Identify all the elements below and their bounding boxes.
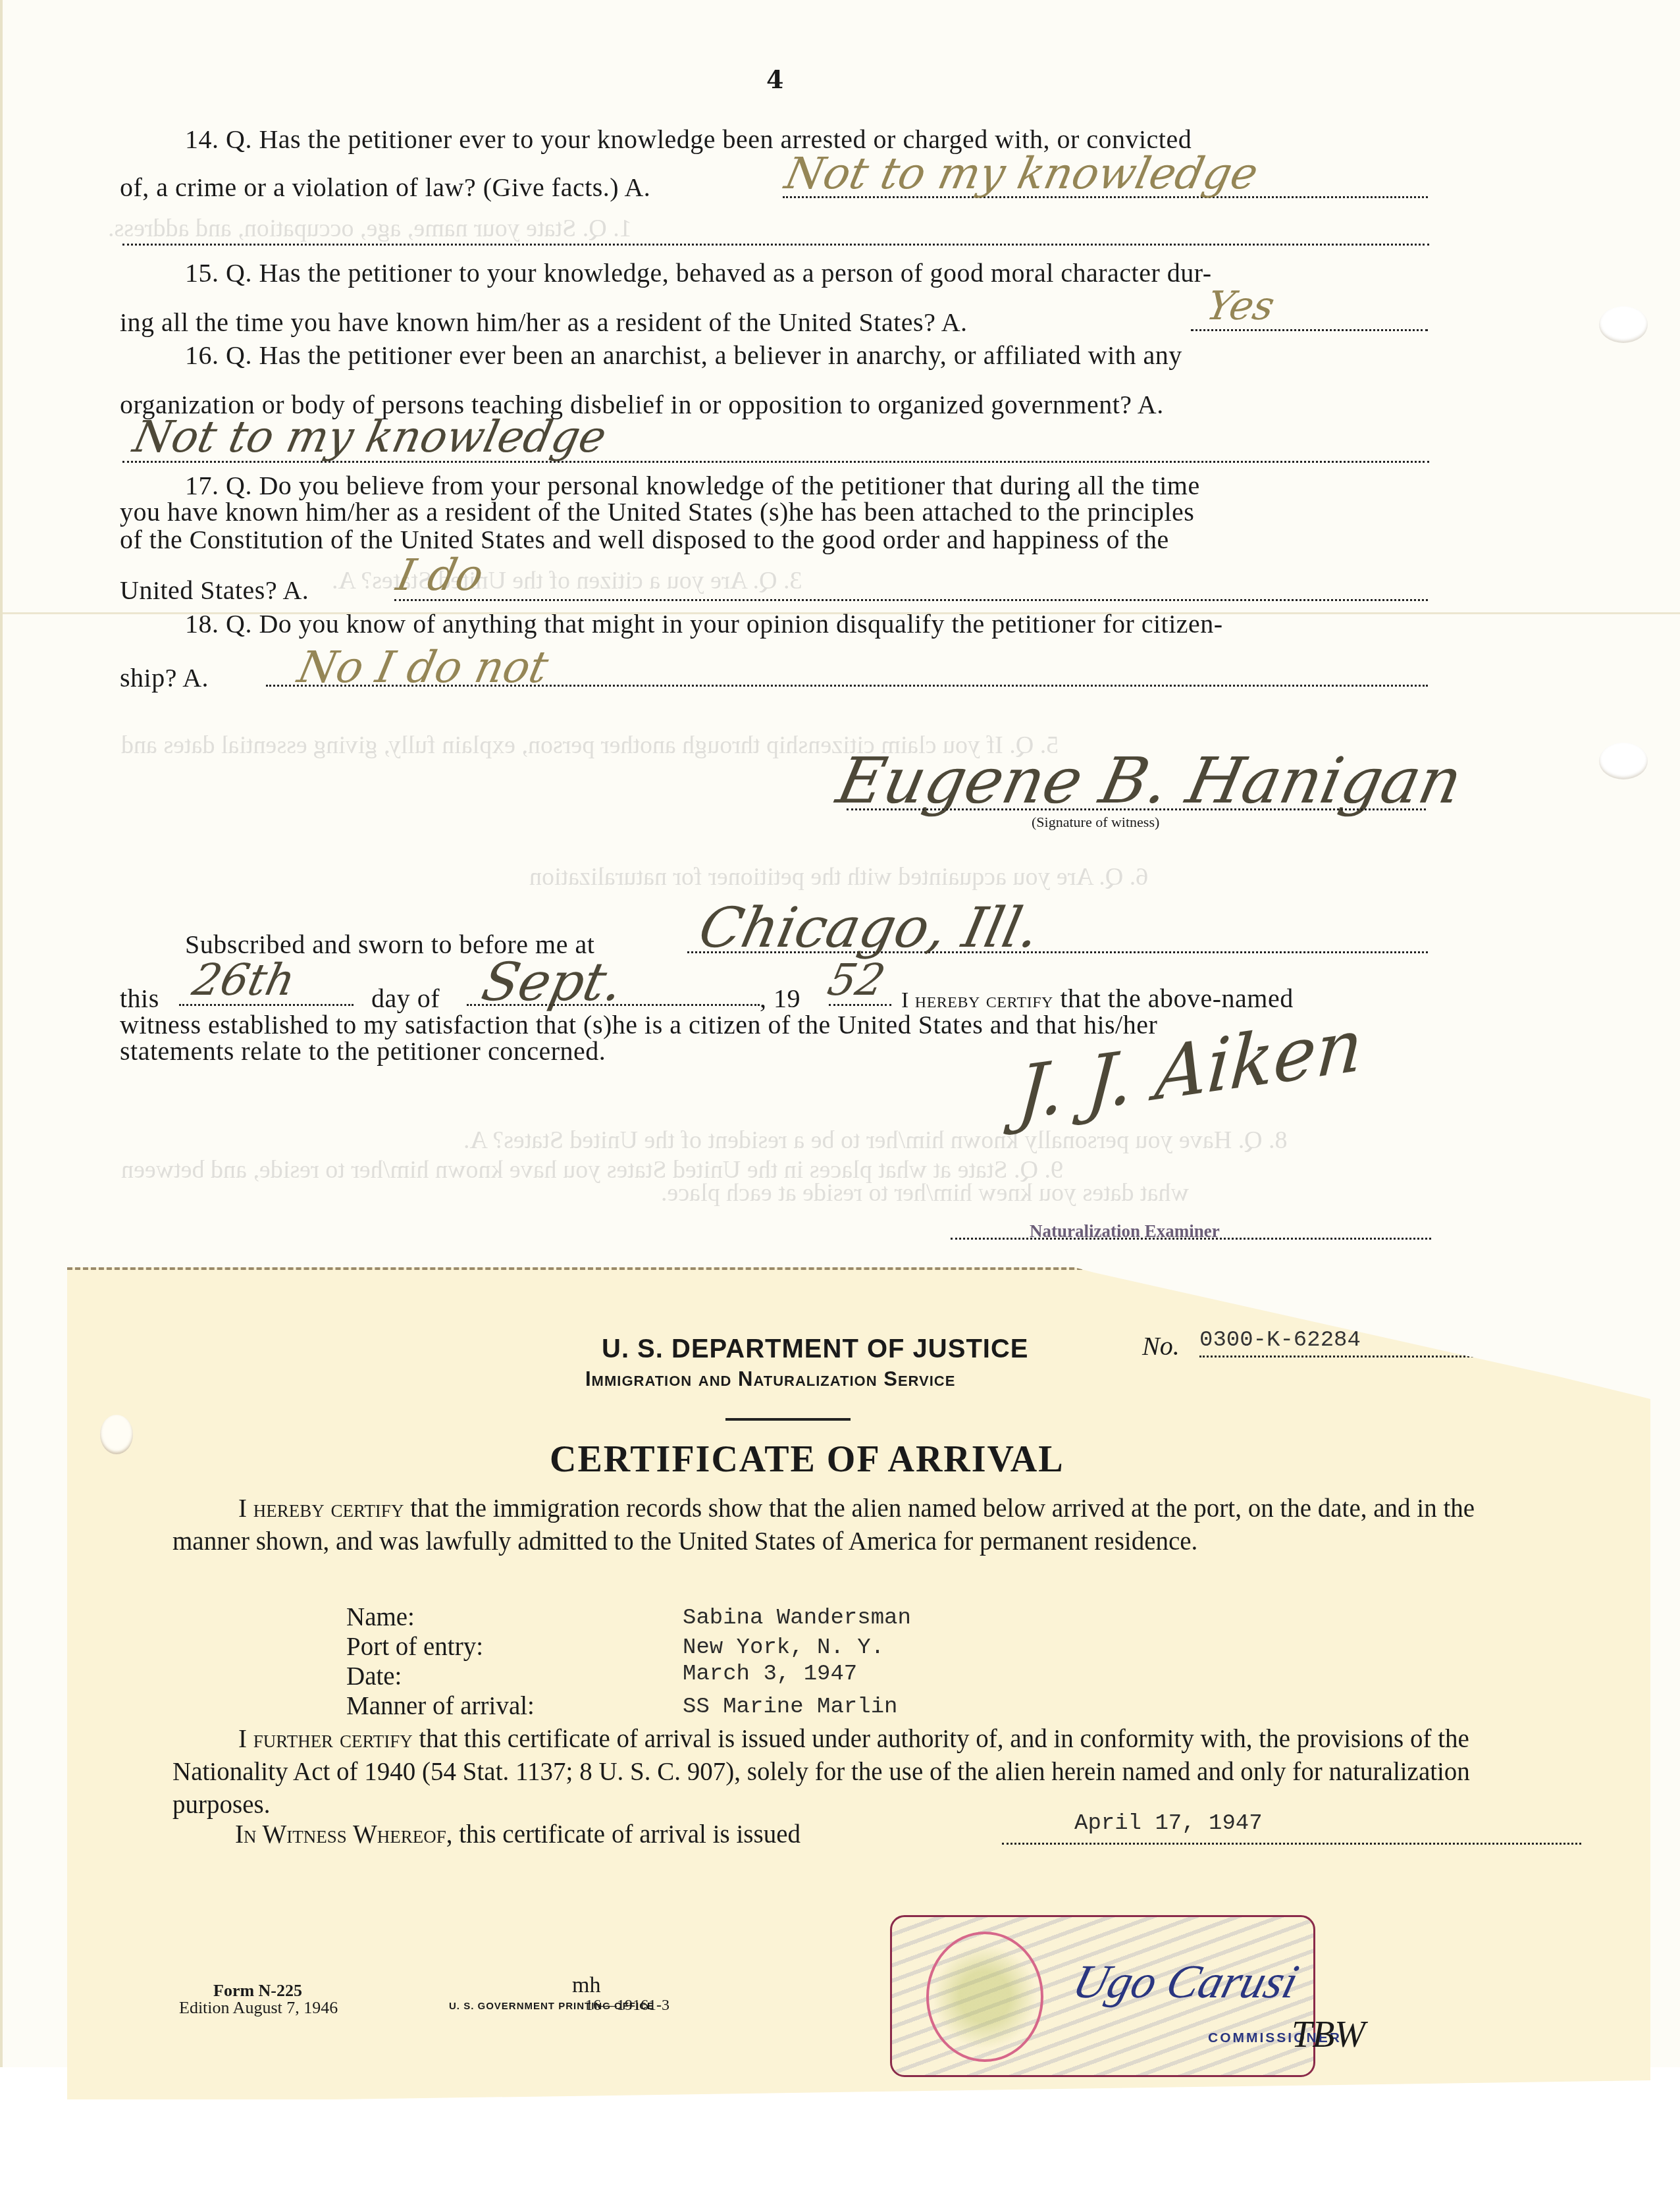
certificate-of-arrival: U. S. DEPARTMENT OF JUSTICE Immigration … <box>67 1267 1650 2099</box>
punch-hole <box>100 1415 133 1454</box>
q17-answer: I do <box>392 550 488 600</box>
q17-line-4: United States? A. <box>120 577 309 604</box>
q15-line-2: ing all the time you have known him/her … <box>120 309 968 336</box>
q17-line-3: of the Constitution of the United States… <box>120 527 1169 553</box>
q16-line-1: 16. Q. Has the petitioner ever been an a… <box>185 342 1182 369</box>
witness-text: this certificate of arrival is issued <box>459 1820 801 1849</box>
field-label-port: Port of entry: <box>346 1632 483 1662</box>
oath-day-of-text: day of <box>371 986 440 1012</box>
header-rule <box>725 1418 851 1421</box>
bleed-through-text: 6. Q. Are you acquainted with the petiti… <box>529 862 1148 891</box>
certificate-title: CERTIFICATE OF ARRIVAL <box>550 1438 1064 1481</box>
certificate-number-label: No. <box>1142 1331 1180 1361</box>
issued-date-line <box>1002 1843 1581 1845</box>
oath-month: Sept. <box>477 951 629 1013</box>
witness-signature-line <box>847 808 1426 810</box>
clerk-initials: mh <box>572 1973 600 1998</box>
witness-signature-caption: (Signature of witness) <box>1032 814 1159 831</box>
q17-answer-line <box>394 599 1428 601</box>
q15-answer: Yes <box>1203 283 1279 329</box>
certify-smallcaps: I hereby certify <box>238 1494 404 1523</box>
witness-smallcaps: In Witness Whereof, <box>235 1820 452 1849</box>
field-value-port: New York, N. Y. <box>683 1635 884 1660</box>
certify-paragraph: I hereby certify that the immigration re… <box>172 1492 1522 1558</box>
q17-line-2: you have known him/her as a resident of … <box>120 499 1194 525</box>
oath-year-prefix: , 19 <box>760 986 801 1012</box>
witness-signature: Eugene B. Hanigan <box>831 744 1469 818</box>
certificate-department: U. S. DEPARTMENT OF JUSTICE <box>602 1334 1029 1364</box>
oath-certify-rest: that the above-named <box>1060 984 1293 1013</box>
q15-answer-line <box>1191 329 1428 331</box>
field-value-name: Sabina Wandersman <box>683 1606 911 1631</box>
q15-line-1: 15. Q. Has the petitioner to your knowle… <box>185 260 1212 286</box>
certificate-number: 0300-K-62284 <box>1199 1328 1361 1353</box>
bleed-through-text: 1. Q. State your name, age, occupation, … <box>108 214 632 243</box>
q17-line-1: 17. Q. Do you believe from your personal… <box>185 473 1200 499</box>
further-certify-paragraph: I further certify that this certificate … <box>172 1723 1522 1822</box>
oath-certify-line-2: witness established to my satisfaction t… <box>120 1012 1157 1038</box>
field-label-name: Name: <box>346 1602 415 1632</box>
field-label-manner: Manner of arrival: <box>346 1691 535 1721</box>
oath-this-text: this <box>120 986 159 1012</box>
field-value-manner: SS Marine Marlin <box>683 1695 897 1720</box>
q14-line-2: of, a crime or a violation of law? (Give… <box>120 174 650 201</box>
field-label-date: Date: <box>346 1662 402 1691</box>
q18-line-2: ship? A. <box>120 665 209 691</box>
q14-answer: Not to my knowledge <box>781 148 1263 199</box>
bleed-through-text: what dates you knew him/her to reside at… <box>661 1178 1189 1207</box>
oath-place: Chicago, Ill. <box>694 895 1046 960</box>
certificate-service: Immigration and Naturalization Service <box>585 1367 955 1391</box>
punch-hole <box>1599 743 1648 779</box>
oath-day: 26th <box>188 955 300 1005</box>
page-number: 4 <box>766 65 783 94</box>
q18-answer: No I do not <box>294 642 553 693</box>
further-smallcaps: I further certify <box>238 1725 413 1753</box>
bleed-through-text: 8. Q. Have you personally known him/her … <box>463 1126 1288 1155</box>
form-edition: Edition August 7, 1946 <box>179 1998 338 2018</box>
oath-certify-line-1: I hereby certify that the above-named <box>901 986 1294 1012</box>
commissioner-signature: Ugo Carusi <box>1067 1955 1304 2009</box>
oath-certify-line-3: statements relate to the petitioner conc… <box>120 1038 606 1065</box>
witness-whereof-line: In Witness Whereof, this certificate of … <box>235 1820 801 1849</box>
oath-year: 52 <box>824 955 889 1005</box>
q16-answer: Not to my knowledge <box>129 411 611 462</box>
field-value-date: March 3, 1947 <box>683 1662 857 1687</box>
issued-date: April 17, 1947 <box>1074 1811 1263 1836</box>
examiner-title-stamp: Naturalization Examiner <box>1030 1221 1220 1242</box>
printer-code: 16—19161-3 <box>585 1997 669 2015</box>
stamp-initials: TBW <box>1292 2014 1365 2056</box>
punch-hole <box>1599 306 1648 343</box>
oath-certify-smallcaps: I hereby certify <box>901 988 1053 1013</box>
q14-answer-line-2 <box>122 244 1429 246</box>
department-seal-icon <box>926 1932 1043 2062</box>
q18-line-1: 18. Q. Do you know of anything that migh… <box>185 611 1223 637</box>
